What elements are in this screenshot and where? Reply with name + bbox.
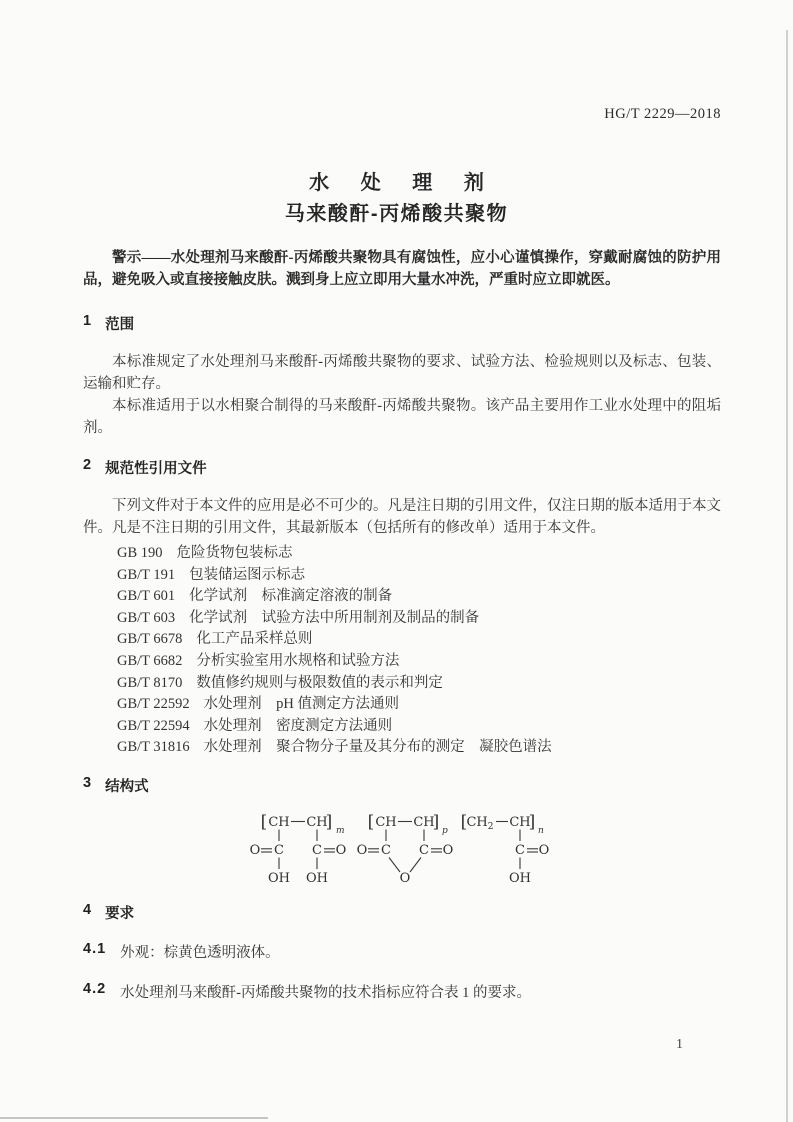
reference-item: GB/T 8170 数值修约规则与极限数值的表示和判定: [117, 673, 552, 695]
atom-label: O: [443, 843, 454, 858]
atom-label: C: [312, 843, 322, 858]
section-title: 规范性引用文件: [105, 457, 207, 478]
reference-name: 包装储运图示标志: [189, 565, 305, 587]
atom-label: C: [419, 843, 429, 858]
bracket: [: [368, 812, 375, 832]
section-number: 1: [83, 313, 91, 334]
atom-label: O: [357, 843, 368, 858]
doc-subtitle: 马来酸酐-丙烯酸共聚物: [0, 197, 793, 226]
doc-number: HG/T 2229—2018: [604, 106, 721, 123]
atom-label: O: [400, 871, 411, 886]
reference-name: 分析实验室用水规格和试验方法: [196, 651, 399, 673]
reference-item: GB/T 6682 分析实验室用水规格和试验方法: [117, 651, 552, 673]
section-3-heading: 3 结构式: [83, 775, 149, 796]
reference-item: GB 190 危险货物包装标志: [117, 543, 552, 565]
repeat-subscript: n: [538, 826, 544, 836]
reference-name: 水处理剂 pH 值测定方法通则: [204, 694, 399, 716]
doc-title: 水 处 理 剂: [0, 166, 793, 195]
reference-name: 化工产品采样总则: [196, 629, 312, 651]
reference-code: GB/T 601: [117, 586, 175, 608]
reference-name: 水处理剂 密度测定方法通则: [204, 716, 393, 738]
structural-formula-figure: [ CH CH ] m O C C O OH OH [ CH CH ]: [248, 810, 560, 890]
reference-code: GB/T 31816: [117, 737, 190, 759]
reference-code: GB/T 6678: [117, 629, 182, 651]
clause-number: 4.2: [83, 981, 106, 1002]
bracket: ]: [326, 812, 333, 832]
atom-label: OH: [306, 871, 328, 886]
structural-formula-svg: [ CH CH ] m O C C O OH OH [ CH CH ]: [248, 810, 560, 890]
atom-label: OH: [509, 871, 531, 886]
atom-label: O: [539, 843, 550, 858]
reference-item: GB/T 22594 水处理剂 密度测定方法通则: [117, 716, 552, 738]
reference-item: GB/T 22592 水处理剂 pH 值测定方法通则: [117, 694, 552, 716]
document-page: HG/T 2229—2018 水 处 理 剂 马来酸酐-丙烯酸共聚物 警示——水…: [0, 0, 793, 1122]
clause-4-2: 4.2 水处理剂马来酸酐-丙烯酸共聚物的技术指标应符合表 1 的要求。: [83, 981, 531, 1002]
atom-label: C: [381, 843, 391, 858]
clause-4-1: 4.1 外观：棕黄色透明液体。: [83, 941, 280, 962]
reference-code: GB/T 191: [117, 565, 175, 587]
atom-label: C: [274, 843, 284, 858]
bracket: ]: [433, 812, 440, 832]
clause-text: 水处理剂马来酸酐-丙烯酸共聚物的技术指标应符合表 1 的要求。: [120, 981, 531, 1002]
reference-item: GB/T 601 化学试剂 标准滴定溶液的制备: [117, 586, 552, 608]
section-title: 结构式: [105, 775, 149, 796]
reference-code: GB/T 6682: [117, 651, 182, 673]
reference-name: 危险货物包装标志: [177, 543, 293, 565]
reference-item: GB/T 6678 化工产品采样总则: [117, 629, 552, 651]
warning-paragraph: 警示——水处理剂马来酸酐-丙烯酸共聚物具有腐蚀性，应小心谨慎操作，穿戴耐腐蚀的防…: [83, 247, 721, 291]
scan-edge-bottom: [0, 1117, 268, 1119]
bracket: [: [261, 812, 268, 832]
reference-item: GB/T 603 化学试剂 试验方法中所用制剂及制品的制备: [117, 608, 552, 630]
atom-label: CH: [509, 815, 530, 830]
reference-code: GB/T 22592: [117, 694, 190, 716]
reference-code: GB 190: [117, 543, 163, 565]
section-number: 3: [83, 775, 91, 796]
atom-label: O: [336, 843, 347, 858]
normative-references-list: GB 190 危险货物包装标志 GB/T 191 包装储运图示标志 GB/T 6…: [117, 543, 552, 759]
section-title: 范围: [105, 313, 134, 334]
clause-text: 外观：棕黄色透明液体。: [120, 941, 280, 962]
reference-code: GB/T 603: [117, 608, 175, 630]
reference-code: GB/T 8170: [117, 673, 182, 695]
atom-label: O: [250, 843, 261, 858]
reference-name: 化学试剂 标准滴定溶液的制备: [189, 586, 392, 608]
section-2-intro: 下列文件对于本文件的应用是必不可少的。凡是注日期的引用文件，仅注日期的版本适用于…: [83, 495, 721, 539]
bracket: ]: [529, 812, 536, 832]
reference-name: 数值修约规则与极限数值的表示和判定: [196, 673, 443, 695]
section-number: 2: [83, 457, 91, 478]
section-4-heading: 4 要求: [83, 902, 134, 923]
atom-label: C: [515, 843, 525, 858]
reference-name: 水处理剂 聚合物分子量及其分布的测定 凝胶色谱法: [204, 737, 552, 759]
section-1-heading: 1 范围: [83, 313, 134, 334]
reference-code: GB/T 22594: [117, 716, 190, 738]
section-2-heading: 2 规范性引用文件: [83, 457, 207, 478]
reference-item: GB/T 31816 水处理剂 聚合物分子量及其分布的测定 凝胶色谱法: [117, 737, 552, 759]
atom-label: CH: [268, 815, 289, 830]
section-1-paragraph-2: 本标准适用于以水相聚合制得的马来酸酐-丙烯酸共聚物。该产品主要用作工业水处理中的…: [83, 395, 721, 439]
section-1-paragraph-1: 本标准规定了水处理剂马来酸酐-丙烯酸共聚物的要求、试验方法、检验规则以及标志、包…: [83, 351, 721, 395]
clause-number: 4.1: [83, 941, 106, 962]
page-number: 1: [676, 1037, 683, 1053]
section-title: 要求: [105, 902, 134, 923]
atom-label: CH: [306, 815, 327, 830]
section-number: 4: [83, 902, 91, 923]
repeat-subscript: m: [336, 826, 345, 836]
atom-label: CH: [375, 815, 396, 830]
atom-label: CH2: [466, 815, 493, 832]
reference-item: GB/T 191 包装储运图示标志: [117, 565, 552, 587]
atom-label: CH: [413, 815, 434, 830]
repeat-subscript: p: [442, 826, 448, 836]
reference-name: 化学试剂 试验方法中所用制剂及制品的制备: [189, 608, 479, 630]
atom-label: OH: [268, 871, 290, 886]
scan-edge-right: [786, 30, 788, 1122]
